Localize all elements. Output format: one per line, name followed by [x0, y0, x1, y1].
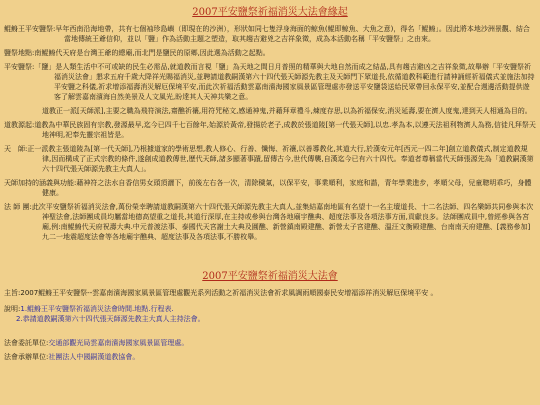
commissioned-label: 法會委託單位: [4, 339, 48, 347]
paragraph-label: 道教源起: [4, 121, 34, 129]
paragraph-celestial-master: 天 師:正一派教主張道陵為[第一代天師],乃根據道家的學術思想,教人修心、行善、… [4, 144, 536, 174]
paragraph-label: 天 師: [4, 145, 27, 153]
organizer-value: 社團法人中國嗣漢道教協會。 [48, 353, 139, 361]
paragraph-label: 平安鹽祭: [4, 63, 34, 71]
purpose-text: 2007鯤鯓王平安鹽祭--雲嘉南濱海國家風景區管理處觀光系列活動之祈福消災法會祈… [20, 289, 437, 297]
paragraph-zhengyi-school: 道教正一派[天師派],主要之職為飛符演法,齋醮祈禳,用符咒秘文,感通神鬼,并藉拜… [4, 106, 536, 116]
page: 2007平安鹽祭祈福消災大法會緣起 鯤鯓王平安鹽祭:早年西南沿海地帶，共有七個袖… [0, 0, 540, 362]
paragraph-text: 道教為中華民族固有宗教,發源最早,迄今已四千七百餘年,始源於黃帝,發揚於老子,成… [34, 121, 536, 139]
notes-item-schedule[interactable]: 1.鯤鯓王平安鹽祭祈福消災法會時間.地點.行程表. [20, 305, 173, 313]
organizer-unit-line: 法會承辦單位:社團法人中國嗣漢道教協會。 [4, 352, 536, 362]
paragraph-label: 天師加持的涵義與功能: [4, 179, 76, 187]
paragraph-label: 鹽祭地點: [4, 49, 34, 57]
paragraph-label: 鯤鯓王平安鹽祭: [4, 25, 55, 33]
paragraph-taoism-origin: 道教源起:道教為中華民族固有宗教,發源最早,迄今已四千七百餘年,始源於黃帝,發揚… [4, 120, 536, 140]
paragraph-kunshen-salt-festival: 鯤鯓王平安鹽祭:早年西南沿海地帶，共有七個袖珍島嶼（即現在的沙洲），形狀如同七隻… [4, 24, 536, 44]
paragraph-text: 藉神符之法水自香信男女頭頂灑下，前後左右各一次，清除穢氣，以保平安，事業順利，家… [42, 179, 531, 197]
notes-item-master: 2.恭請道教嗣漢第六十四代張天師源先教主大真人主持法會。 [4, 314, 536, 324]
section-title-origin: 2007平安鹽祭祈福消災大法會緣起 [4, 6, 536, 20]
commissioned-value: 交通部觀光局雲嘉南濱海國家風景區管理處。 [48, 339, 188, 347]
paragraph-text: 正一派教主張道陵為[第一代天師],乃根據道家的學術思想,教人修心、行善、懺悔、祈… [27, 145, 533, 173]
section-divider-space [4, 246, 536, 268]
organizer-label: 法會承辦單位: [4, 353, 48, 361]
paragraph-text: 早年西南沿海地帶，共有七個袖珍島嶼（即現在的沙洲），形狀如同七隻浮身海面的鯨魚(… [55, 25, 529, 43]
paragraph-label: 法 師 團: [4, 203, 32, 211]
paragraph-text: 「鹽」是人類生活中不可或缺的民生必需品,就道教而言視「鹽」為天地之間日月普照的精… [34, 63, 534, 101]
paragraph-blessing-meaning: 天師加持的涵義與功能:藉神符之法水自香信男女頭頂灑下，前後左右各一次，清除穢氣，… [4, 178, 536, 198]
notes-block: 說明:1.鯤鯓王平安鹽祭祈福消災法會時間.地點.行程表. 2.恭請道教嗣漢第六十… [4, 304, 536, 324]
purpose-label: 主旨: [4, 289, 20, 297]
spacer [4, 324, 536, 338]
notes-label: 說明: [4, 305, 20, 313]
paragraph-festival-location: 鹽祭地點:南鯤鯓代天府是台灣王爺的總廟,而北門是鹽民的原鄉,因此選為活動之起點。 [4, 48, 536, 58]
paragraph-text: 此次平安鹽祭祈福消災法會,萬份榮幸聘請道教嗣漢第六十四代張天師源先教主大真人,並… [32, 203, 533, 241]
paragraph-priest-group: 法 師 團:此次平安鹽祭祈福消災法會,萬份榮幸聘請道教嗣漢第六十四代張天師源先教… [4, 202, 536, 242]
paragraph-peace-salt-festival: 平安鹽祭:「鹽」是人類生活中不可或缺的民生必需品,就道教而言視「鹽」為天地之間日… [4, 62, 536, 102]
purpose-line: 主旨:2007鯤鯓王平安鹽祭--雲嘉南濱海國家風景區管理處觀光系列活動之祈福消災… [4, 288, 536, 298]
paragraph-text: 南鯤鯓代天府是台灣王爺的總廟,而北門是鹽民的原鄉,因此選為活動之起點。 [34, 49, 269, 57]
commissioned-unit-line: 法會委託單位:交通部觀光局雲嘉南濱海國家風景區管理處。 [4, 338, 536, 348]
section-title-ceremony: 2007平安鹽祭祈福消災大法會 [4, 270, 536, 284]
